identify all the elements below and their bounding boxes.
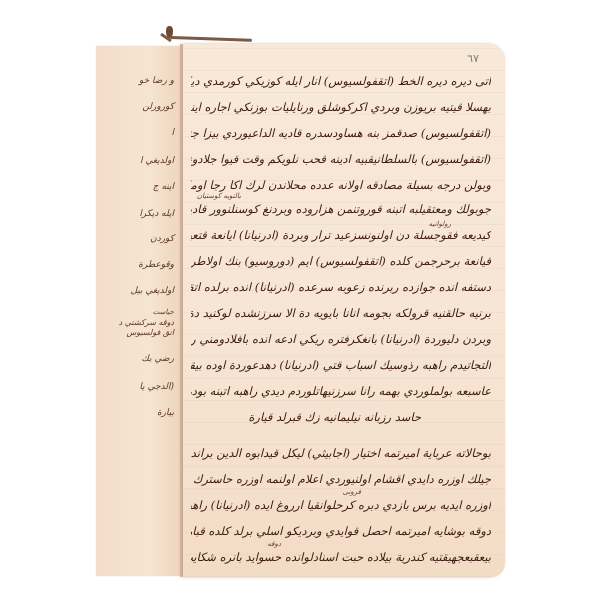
text-line: دوقه بوشايه اميرتمه احصل قوايدي وبرديكو … — [191, 524, 491, 538]
page-number: ٦٧ — [467, 52, 479, 65]
left-line: و رضا خو — [139, 76, 174, 86]
text-line: قيانعة برحرجمن كلده (اتقفولسيوس) ايم (دو… — [191, 254, 491, 268]
text-line: جيلك اوزره دايدي اقشام اولنيوردي اعلام ا… — [191, 472, 491, 486]
left-line: دوقه سركشتي د — [119, 318, 174, 327]
interlinear-note: بالتويه كوستيان — [197, 192, 241, 200]
left-line: (الدجي يا — [139, 382, 174, 392]
left-line: كورورلن — [142, 102, 174, 112]
text-line: عاسبعه بولملوردي بهمه رانا سرزنيهاتلوردم… — [191, 384, 491, 398]
text-line: بوحالاته عرباية اميرتمه اختيار (اجابيثي)… — [191, 446, 491, 460]
interlinear-note: رولواتيه — [429, 220, 451, 228]
text-line: وبولن درجه بسيلة مصادقه اولانه عدده محلا… — [191, 178, 491, 192]
left-line: بيارة — [157, 408, 174, 418]
left-line: كوردن — [150, 234, 174, 244]
text-line: بهسلا قيتيه بريوزن وبردي اكركوشلق ورنايل… — [191, 100, 491, 114]
text-line: دستفه انده جوازده ربرنده زعوبه سرعده (اد… — [191, 280, 491, 294]
text-line: برنيه حالقنيه قرولكه بجومه انانا بايويه … — [191, 306, 491, 320]
left-line: ا — [171, 128, 174, 138]
left-line: اتق فولسيوس — [126, 328, 174, 337]
left-line: رضي بك — [142, 354, 174, 364]
text-line: اوزره ايديه برس بازدي دبره كرحلوانقيا ار… — [191, 498, 491, 512]
manuscript-photo: و رضا خو كورورلن ا اولديغي ا اينه ج ايله… — [0, 0, 600, 600]
text-line: اتى ديره ديره الخط (اتقفولسيوس) انار ايل… — [191, 74, 491, 88]
text-line: (اتقفولسيوس) بالسلطانيقبيه ادينه قحب نلو… — [191, 152, 491, 166]
interlinear-note: فرونى — [343, 488, 361, 496]
left-line: اولديغي بيل — [130, 286, 174, 296]
left-line: اينه ج — [153, 182, 174, 192]
left-line: اولديغي ا — [140, 156, 174, 166]
text-line: (اتقفولسيوس) صدقمز بنه هساودسدره قاديه ا… — [191, 126, 491, 140]
left-page: و رضا خو كورورلن ا اولديغي ا اينه ج ايله… — [96, 46, 184, 576]
text-line: بيعقبعجهيقتيه كندرية بيلاده حبت اسنادلوا… — [191, 550, 491, 564]
text-line: جوبولك ومعتقيلبه اتبنه قوروتنمن هزاروده … — [191, 202, 491, 216]
left-line: حياست — [153, 308, 174, 316]
text-line: كيديعه فقوجسلة دن اولنونسزعيد ترار وبردة… — [191, 228, 491, 242]
text-line: التجاتيدم راهبه رذوسيك اسباب قتي (ادرنيا… — [191, 358, 491, 372]
left-line: وقوعطرة — [138, 260, 174, 270]
string-tie-icon — [150, 24, 250, 44]
right-page: ٦٧ اتى ديره ديره الخط (اتقفولسيوس) انار … — [183, 44, 505, 577]
left-line: ايله ديكرا — [139, 209, 174, 219]
text-line: حاسد رزبانه نيليمانيه زك قبرلد قيارة — [248, 410, 421, 424]
string-cord — [170, 36, 252, 42]
text-line: وبردن دليوردة (ادرنيانا) بانغكرفتره ريكي… — [191, 332, 491, 346]
interlinear-note: دوقه — [267, 540, 281, 548]
